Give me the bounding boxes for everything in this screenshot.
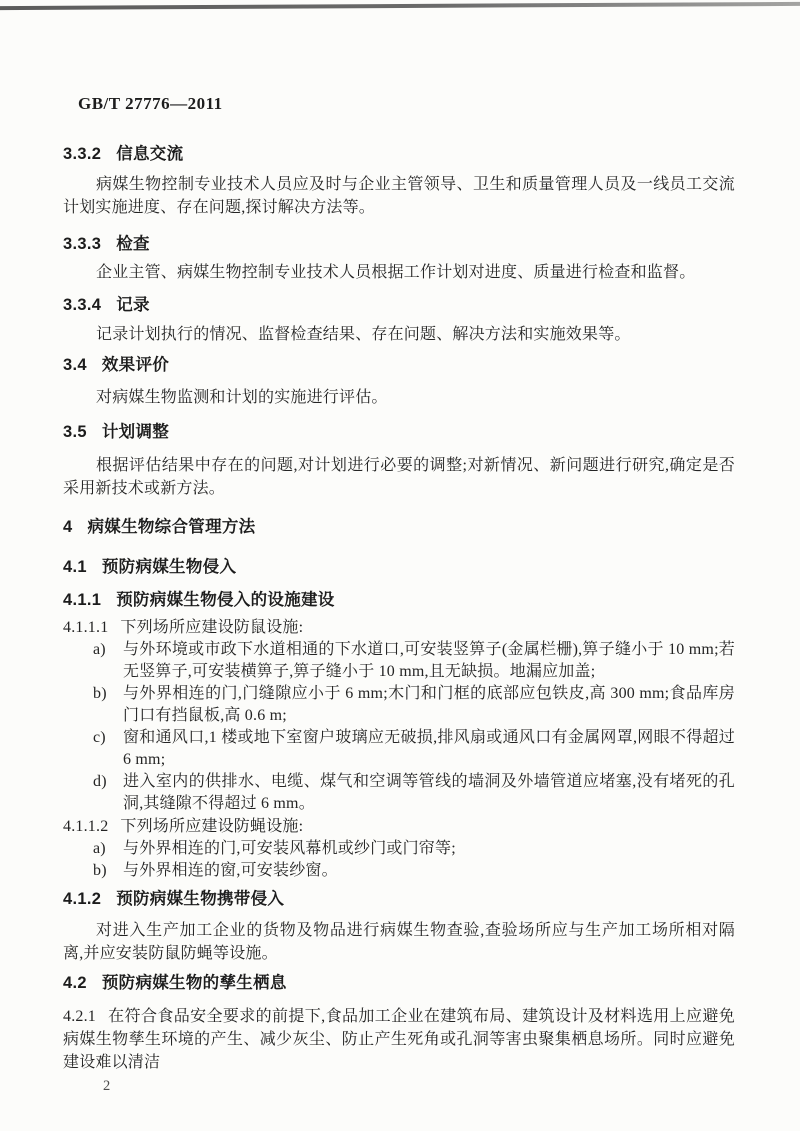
paragraph: 记录计划执行的情况、监督检查结果、存在问题、解决方法和实施效果等。	[63, 323, 735, 346]
clause-number: 3.4	[63, 356, 87, 374]
list-item: a)与外界相连的门,可安装风幕机或纱门或门帘等;	[63, 838, 735, 860]
section-heading-4-1-2: 4.1.2预防病媒生物携带侵入	[63, 888, 735, 911]
clause-title: 病媒生物综合管理方法	[87, 518, 255, 536]
paragraph: 对病媒生物监测和计划的实施进行评估。	[63, 386, 735, 409]
clause-number: 4.2	[63, 974, 87, 992]
list-marker: b)	[93, 860, 107, 882]
scan-edge-artifact	[0, 2, 800, 10]
list-text: 进入室内的供排水、电缆、煤气和空调等管线的墙洞及外墙管道应堵塞,没有堵死的孔洞,…	[123, 773, 735, 812]
section-heading-3-3-4: 3.3.4记录	[63, 294, 735, 317]
clause-number: 3.5	[63, 423, 87, 441]
list-text: 与外环境或市政下水道相通的下水道口,可安装竖箅子(金属栏栅),箅子缝小于 10 …	[123, 641, 735, 680]
clause-title: 检查	[116, 235, 150, 253]
list-text: 与外界相连的窗,可安装纱窗。	[123, 862, 338, 879]
list-text: 窗和通风口,1 楼或地下室窗户玻璃应无破损,排风扇或通风口有金属网罩,网眼不得超…	[123, 729, 735, 768]
clause-title: 预防病媒生物侵入的设施建设	[116, 591, 334, 609]
section-heading-4-2: 4.2预防病媒生物的孳生栖息	[63, 972, 735, 995]
clause-title: 预防病媒生物侵入	[102, 558, 236, 576]
clause-number: 3.3.4	[63, 296, 101, 314]
clause-number: 4.1.1.1	[63, 619, 108, 636]
clause-4-1-1-2: 4.1.1.2下列场所应建设防蝇设施:	[63, 815, 735, 838]
list-text: 与外界相连的门,可安装风幕机或纱门或门帘等;	[123, 840, 456, 857]
clause-number: 3.3.2	[63, 145, 101, 163]
section-heading-4-1-1: 4.1.1预防病媒生物侵入的设施建设	[63, 589, 735, 612]
clause-number: 4.1	[63, 558, 87, 576]
paragraph: 对进入生产加工企业的货物及物品进行病媒生物查验,查验场所应与生产加工场所相对隔离…	[63, 919, 735, 965]
clause-number: 4.1.1	[63, 591, 101, 609]
doc-number: GB/T 27776—2011	[78, 92, 735, 115]
list-item: d)进入室内的供排水、电缆、煤气和空调等管线的墙洞及外墙管道应堵塞,没有堵死的孔…	[63, 771, 735, 815]
list-marker: a)	[93, 838, 106, 860]
list-item: b)与外界相连的门,门缝隙应小于 6 mm;木门和门框的底部应包铁皮,高 300…	[63, 683, 735, 727]
paragraph: 病媒生物控制专业技术人员应及时与企业主管领导、卫生和质量管理人员及一线员工交流计…	[63, 173, 735, 219]
section-heading-3-4: 3.4效果评价	[63, 354, 735, 377]
section-heading-3-5: 3.5计划调整	[63, 421, 735, 444]
page-number: 2	[103, 1076, 735, 1096]
list-text: 与外界相连的门,门缝隙应小于 6 mm;木门和门框的底部应包铁皮,高 300 m…	[123, 685, 735, 724]
list-marker: d)	[93, 771, 107, 793]
clause-title: 计划调整	[102, 423, 169, 441]
section-heading-4-1: 4.1预防病媒生物侵入	[63, 556, 735, 579]
clause-title: 预防病媒生物的孳生栖息	[102, 974, 287, 992]
paragraph: 根据评估结果中存在的问题,对计划进行必要的调整;对新情况、新问题进行研究,确定是…	[63, 454, 735, 500]
section-heading-3-3-3: 3.3.3检查	[63, 233, 735, 256]
clause-title: 效果评价	[102, 356, 169, 374]
list-item: b)与外界相连的窗,可安装纱窗。	[63, 860, 735, 882]
section-heading-4: 4病媒生物综合管理方法	[63, 516, 735, 539]
clause-number: 4.1.1.2	[63, 818, 108, 835]
list-marker: b)	[93, 683, 107, 705]
clause-number: 4.2.1	[63, 1008, 96, 1025]
clause-number: 3.3.3	[63, 235, 101, 253]
clause-number: 4	[63, 518, 72, 536]
list-marker: a)	[93, 639, 106, 661]
document-page: GB/T 27776—2011 3.3.2信息交流 病媒生物控制专业技术人员应及…	[0, 0, 800, 1131]
section-heading-3-3-2: 3.3.2信息交流	[63, 143, 735, 166]
clause-number: 4.1.2	[63, 890, 101, 908]
clause-text: 在符合食品安全要求的前提下,食品加工企业在建筑布局、建筑设计及材料选用上应避免病…	[63, 1008, 735, 1071]
clause-title: 信息交流	[116, 145, 183, 163]
clause-4-2-1: 4.2.1在符合食品安全要求的前提下,食品加工企业在建筑布局、建筑设计及材料选用…	[63, 1005, 735, 1074]
list-item: a)与外环境或市政下水道相通的下水道口,可安装竖箅子(金属栏栅),箅子缝小于 1…	[63, 639, 735, 683]
clause-title: 预防病媒生物携带侵入	[116, 890, 284, 908]
clause-text: 下列场所应建设防蝇设施:	[120, 818, 303, 835]
paragraph: 企业主管、病媒生物控制专业技术人员根据工作计划对进度、质量进行检查和监督。	[63, 261, 735, 284]
clause-4-1-1-1: 4.1.1.1下列场所应建设防鼠设施:	[63, 616, 735, 639]
list-item: c)窗和通风口,1 楼或地下室窗户玻璃应无破损,排风扇或通风口有金属网罩,网眼不…	[63, 727, 735, 771]
clause-title: 记录	[116, 296, 150, 314]
clause-text: 下列场所应建设防鼠设施:	[120, 619, 303, 636]
list-marker: c)	[93, 727, 106, 749]
